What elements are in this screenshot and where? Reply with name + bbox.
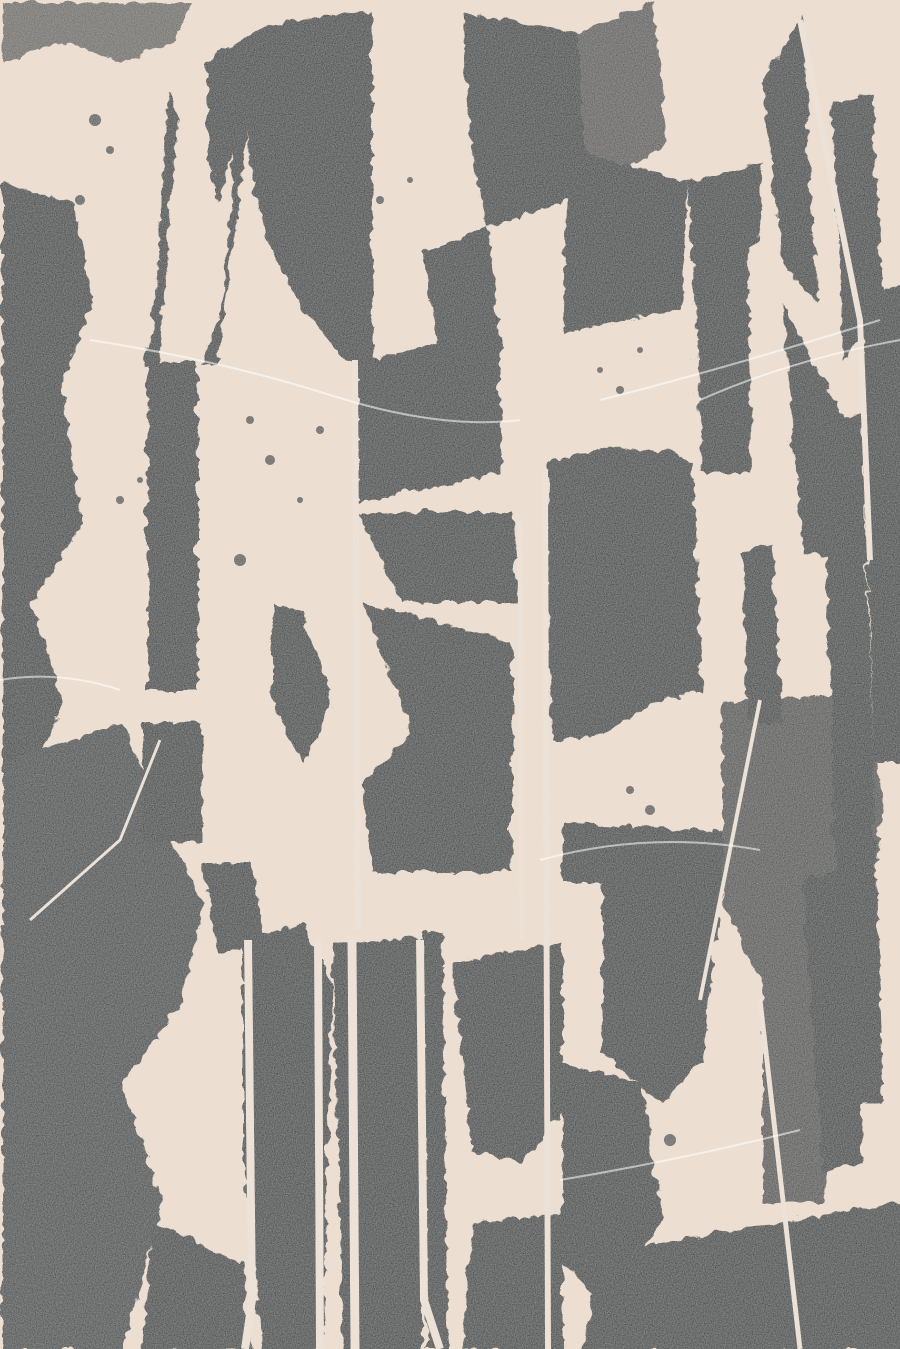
artwork-image: Abstract monochrome printmaking collage … [0, 0, 900, 1349]
abstract-print [0, 0, 900, 1349]
